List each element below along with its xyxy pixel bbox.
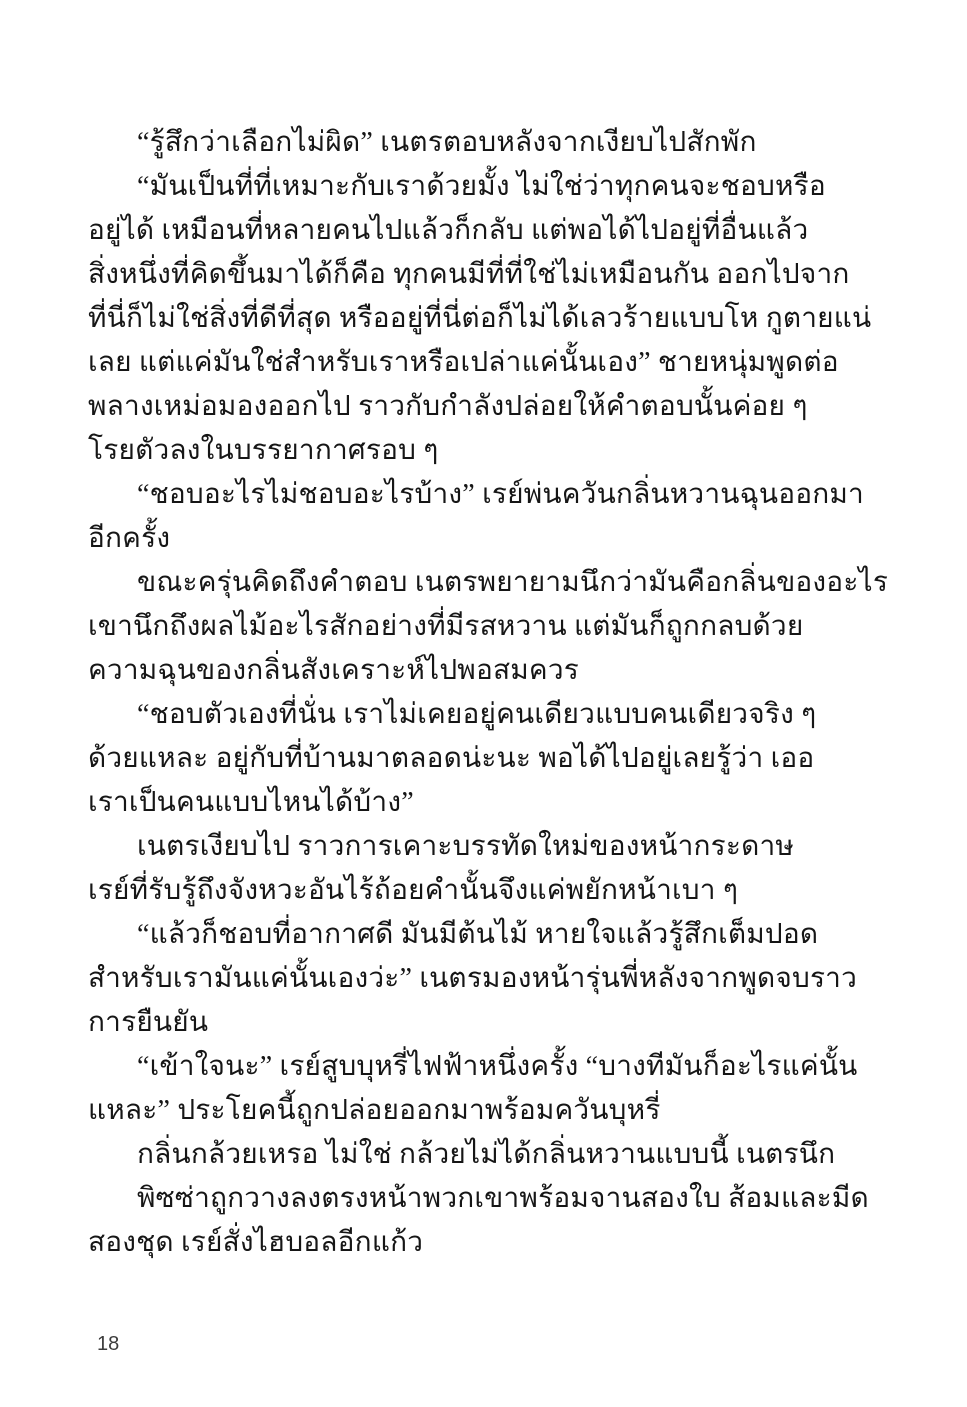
text-line: “ชอบอะไรไม่ชอบอะไรบ้าง” เรย์พ่นควันกลิ่น…	[88, 473, 790, 517]
text-line: ที่นี่ก็ไม่ใช่สิ่งที่ดีที่สุด หรืออยู่ที…	[88, 297, 790, 341]
text-line: แหละ” ประโยคนี้ถูกปล่อยออกมาพร้อมควันบุห…	[88, 1089, 790, 1133]
page-number: 18	[97, 1331, 119, 1357]
text-line: โรยตัวลงในบรรยากาศรอบ ๆ	[88, 429, 790, 473]
text-line: พิซซ่าถูกวางลงตรงหน้าพวกเขาพร้อมจานสองใบ…	[88, 1177, 790, 1221]
text-line: “รู้สึกว่าเลือกไม่ผิด” เนตรตอบหลังจากเงี…	[88, 121, 790, 165]
text-line: “แล้วก็ชอบที่อากาศดี มันมีต้นไม้ หายใจแล…	[88, 913, 790, 957]
text-line: เราเป็นคนแบบไหนได้บ้าง”	[88, 781, 790, 825]
text-line: พลางเหม่อมองออกไป ราวกับกำลังปล่อยให้คำต…	[88, 385, 790, 429]
text-line: สิ่งหนึ่งที่คิดขึ้นมาได้ก็คือ ทุกคนมีที่…	[88, 253, 790, 297]
text-line: เนตรเงียบไป ราวการเคาะบรรทัดใหม่ของหน้าก…	[88, 825, 790, 869]
text-line: เลย แต่แค่มันใช่สำหรับเราหรือเปล่าแค่นั้…	[88, 341, 790, 385]
text-line: ด้วยแหละ อยู่กับที่บ้านมาตลอดน่ะนะ พอได้…	[88, 737, 790, 781]
text-line: สำหรับเรามันแค่นั้นเองว่ะ” เนตรมองหน้ารุ…	[88, 957, 790, 1001]
text-line: อีกครั้ง	[88, 517, 790, 561]
text-line: ขณะครุ่นคิดถึงคำตอบ เนตรพยายามนึกว่ามันค…	[88, 561, 790, 605]
text-line: สองชุด เรย์สั่งไฮบอลอีกแก้ว	[88, 1221, 790, 1265]
text-line: “เข้าใจนะ” เรย์สูบบุหรี่ไฟฟ้าหนึ่งครั้ง …	[88, 1045, 790, 1089]
text-line: เรย์ที่รับรู้ถึงจังหวะอันไร้ถ้อยคำนั้นจึ…	[88, 869, 790, 913]
text-line: “มันเป็นที่ที่เหมาะกับเราด้วยมั้ง ไม่ใช่…	[88, 165, 790, 209]
text-line: การยืนยัน	[88, 1001, 790, 1045]
page-text: “รู้สึกว่าเลือกไม่ผิด” เนตรตอบหลังจากเงี…	[88, 121, 790, 1265]
text-line: เขานึกถึงผลไม้อะไรสักอย่างที่มีรสหวาน แต…	[88, 605, 790, 649]
text-line: อยู่ได้ เหมือนที่หลายคนไปแล้วก็กลับ แต่พ…	[88, 209, 790, 253]
book-page: “รู้สึกว่าเลือกไม่ผิด” เนตรตอบหลังจากเงี…	[0, 0, 967, 1407]
text-line: ความฉุนของกลิ่นสังเคราะห์ไปพอสมควร	[88, 649, 790, 693]
text-line: กลิ่นกล้วยเหรอ ไม่ใช่ กล้วยไม่ได้กลิ่นหว…	[88, 1133, 790, 1177]
text-line: “ชอบตัวเองที่นั่น เราไม่เคยอยู่คนเดียวแบ…	[88, 693, 790, 737]
